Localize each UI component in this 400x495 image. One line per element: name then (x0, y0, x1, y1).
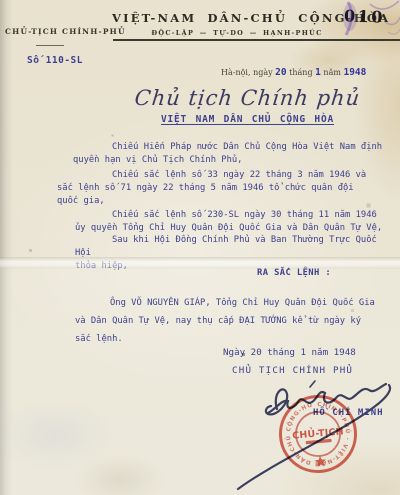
script-title: Chủ tịch Chính phủ (109, 86, 387, 110)
paper-fold-crease (0, 257, 400, 269)
dateline-year: 1948 (343, 67, 366, 78)
presidential-seal-stamp: CHÍNH-PHỦ · VIỆT-NAM DÂN-CHỦ CỘNG-HÒA CH… (272, 388, 363, 479)
subtitle: VIỆT NAM DÂN CHỦ CỘNG HÒA (110, 114, 385, 125)
recital-paragraph: Chiếu sắc lệnh số 33 ngày 22 tháng 3 năm… (57, 169, 393, 209)
dateline-month: 1 (315, 67, 321, 78)
document-number: Số 110-SL (27, 55, 83, 66)
registry-number-stamp: 010 (344, 6, 386, 26)
recital-paragraph: Chiếu sắc lệnh số 230-SL ngày 30 tháng 1… (75, 209, 397, 235)
decree-paragraph: Ông VÕ NGUYÊN GIÁP, Tổng Chỉ Huy Quân Độ… (75, 294, 395, 348)
decree-heading: RA SẮC LỆNH : (257, 268, 331, 278)
letterhead-title: CHỦ-TỊCH CHÍNH-PHỦ (5, 27, 126, 36)
seal-center-text: CHỦ-TỊCH (292, 424, 345, 441)
paper-specks (0, 0, 1, 1)
dateline-year-word: năm (323, 68, 341, 77)
national-motto: ĐỘC-LẬP — TỰ-DO — HẠNH-PHÚC (112, 29, 362, 37)
country-name: VIỆT-NAM DÂN-CHỦ CỘNG-HÒA (112, 11, 362, 25)
dateline-day: 20 (275, 67, 286, 78)
national-header: VIỆT-NAM DÂN-CHỦ CỘNG-HÒA ĐỘC-LẬP — TỰ-D… (112, 11, 362, 37)
decree-document-scan: CHỦ-TỊCH CHÍNH-PHỦ VIỆT-NAM DÂN-CHỦ CỘNG… (0, 0, 400, 495)
dateline: Hà-nội, ngày 20 tháng 1 năm 1948 (221, 67, 366, 78)
dateline-place: Hà-nội, ngày (221, 68, 273, 77)
signature-date: Ngày 20 tháng 1 năm 1948 (223, 347, 356, 358)
dateline-month-word: tháng (289, 68, 312, 77)
recital-paragraph: Chiếu Hiến Pháp nước Dân Chủ Cộng Hòa Vi… (73, 141, 393, 167)
letterhead-rule (36, 45, 64, 46)
